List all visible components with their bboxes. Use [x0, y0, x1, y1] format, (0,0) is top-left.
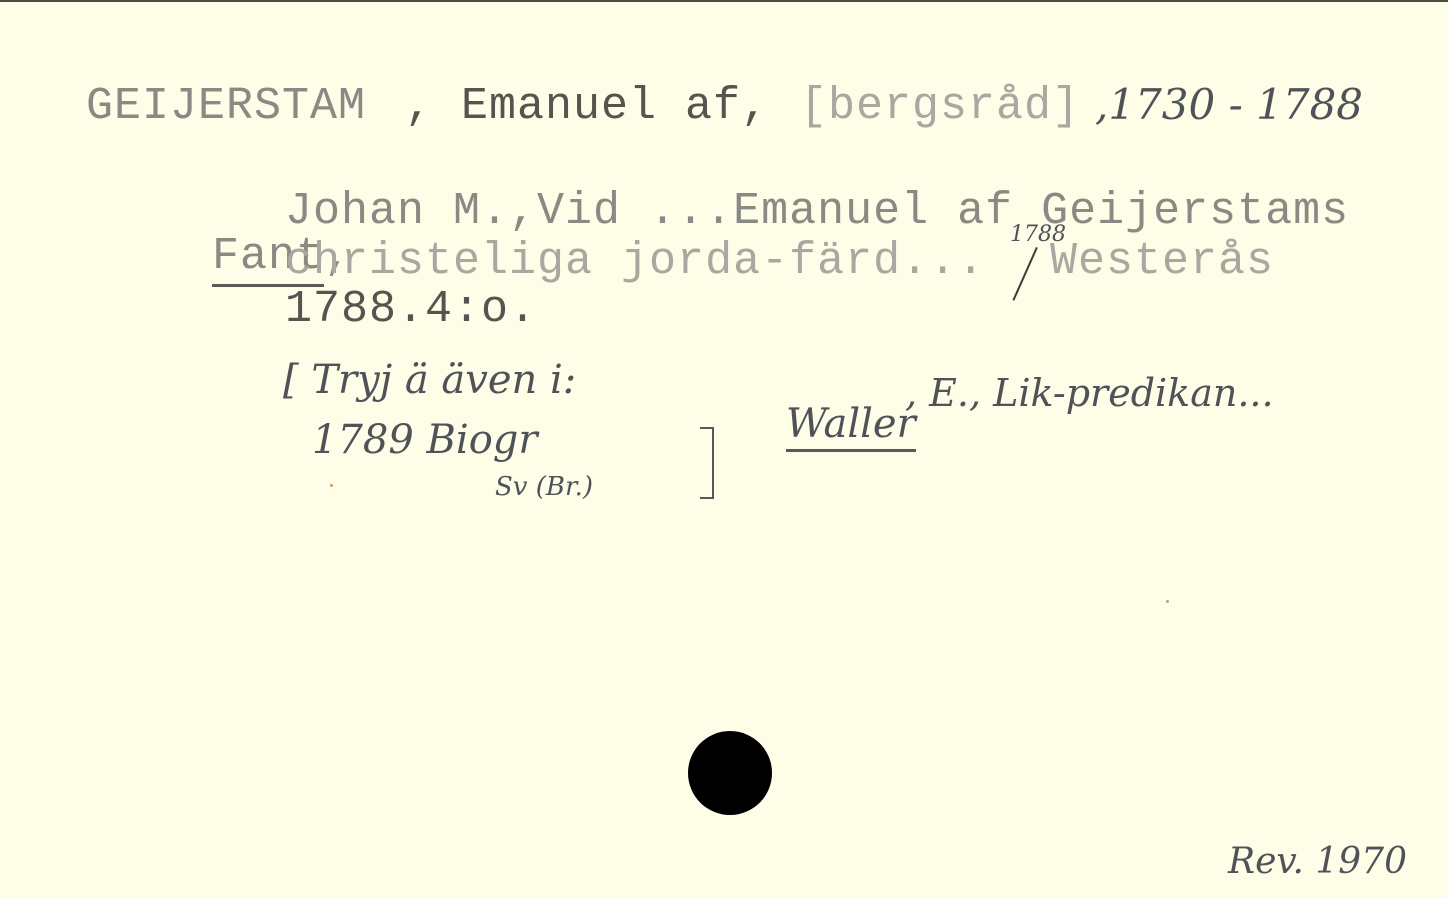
slash-mark — [1012, 247, 1037, 301]
entry-line-2: christeliga jorda-färd... — [285, 239, 985, 284]
note-author-name: Waller — [786, 401, 916, 452]
closing-bracket — [700, 427, 714, 499]
entry-line-1: Johan M.,Vid ...Emanuel af Geijerstams — [285, 189, 1349, 234]
entry-line-3: 1788.4:o. — [285, 287, 537, 332]
note-line-1-rest: , E., Lik-predikan... — [905, 374, 1274, 412]
heading-dates: ,1730 - 1788 — [1095, 84, 1363, 126]
note-line-1-prefix: [ Tryj ä även i: — [283, 360, 576, 400]
catalog-card: GEIJERSTAM , Emanuel af, [bergsråd] ,173… — [0, 0, 1448, 898]
heading-surname: GEIJERSTAM — [86, 84, 366, 129]
speck — [1166, 600, 1169, 603]
speck — [330, 484, 333, 487]
entry-place: Westerås — [1050, 239, 1274, 284]
heading-given-name: , Emanuel af, — [405, 84, 769, 129]
note-line-3: Sv (Br.) — [495, 474, 593, 500]
heading-title: [bergsråd] — [800, 84, 1080, 129]
punch-hole — [688, 731, 772, 815]
revision-note: Rev. 1970 — [1228, 844, 1407, 880]
note-line-1-author: Waller — [735, 364, 916, 484]
note-line-2: 1789 Biogr — [312, 420, 538, 460]
